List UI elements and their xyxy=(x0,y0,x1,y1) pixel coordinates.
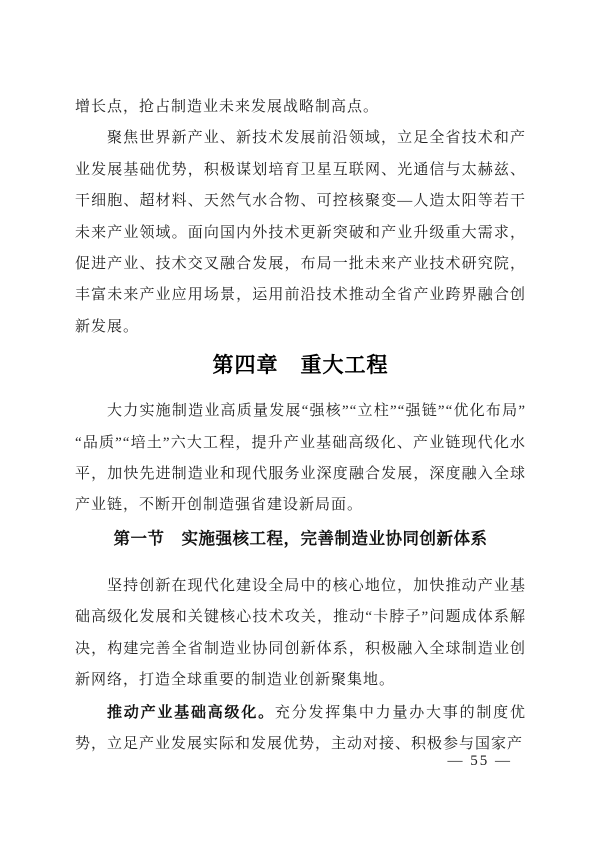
paragraph-six-projects: 大力实施制造业高质量发展“强核”“立柱”“强链”“优化布局”“品质”“培土”六大… xyxy=(75,396,526,522)
section-heading: 第一节 实施强核工程，完善制造业协同创新体系 xyxy=(75,524,526,554)
document-page: 增长点，抢占制造业未来发展战略制高点。 聚焦世界新产业、新技术发展前沿领域，立足… xyxy=(0,0,600,848)
chapter-heading: 第四章 重大工程 xyxy=(75,347,526,383)
page-number: — 55 — xyxy=(448,752,513,770)
paragraph-continuation: 增长点，抢占制造业未来发展战略制高点。 xyxy=(75,92,526,123)
paragraph-industry-base: 推动产业基础高级化。充分发挥集中力量办大事的制度优势，立足产业发展实际和发展优势… xyxy=(75,697,526,761)
text-block: 增长点，抢占制造业未来发展战略制高点。 聚焦世界新产业、新技术发展前沿领域，立足… xyxy=(75,92,526,760)
paragraph-future-industries: 聚焦世界新产业、新技术发展前沿领域，立足全省技术和产业发展基础优势，积极谋划培育… xyxy=(75,123,526,343)
paragraph-industry-base-lead: 推动产业基础高级化。 xyxy=(107,704,275,721)
paragraph-innovation-system: 坚持创新在现代化建设全局中的核心地位，加快推动产业基础高级化发展和关键核心技术攻… xyxy=(75,571,526,697)
